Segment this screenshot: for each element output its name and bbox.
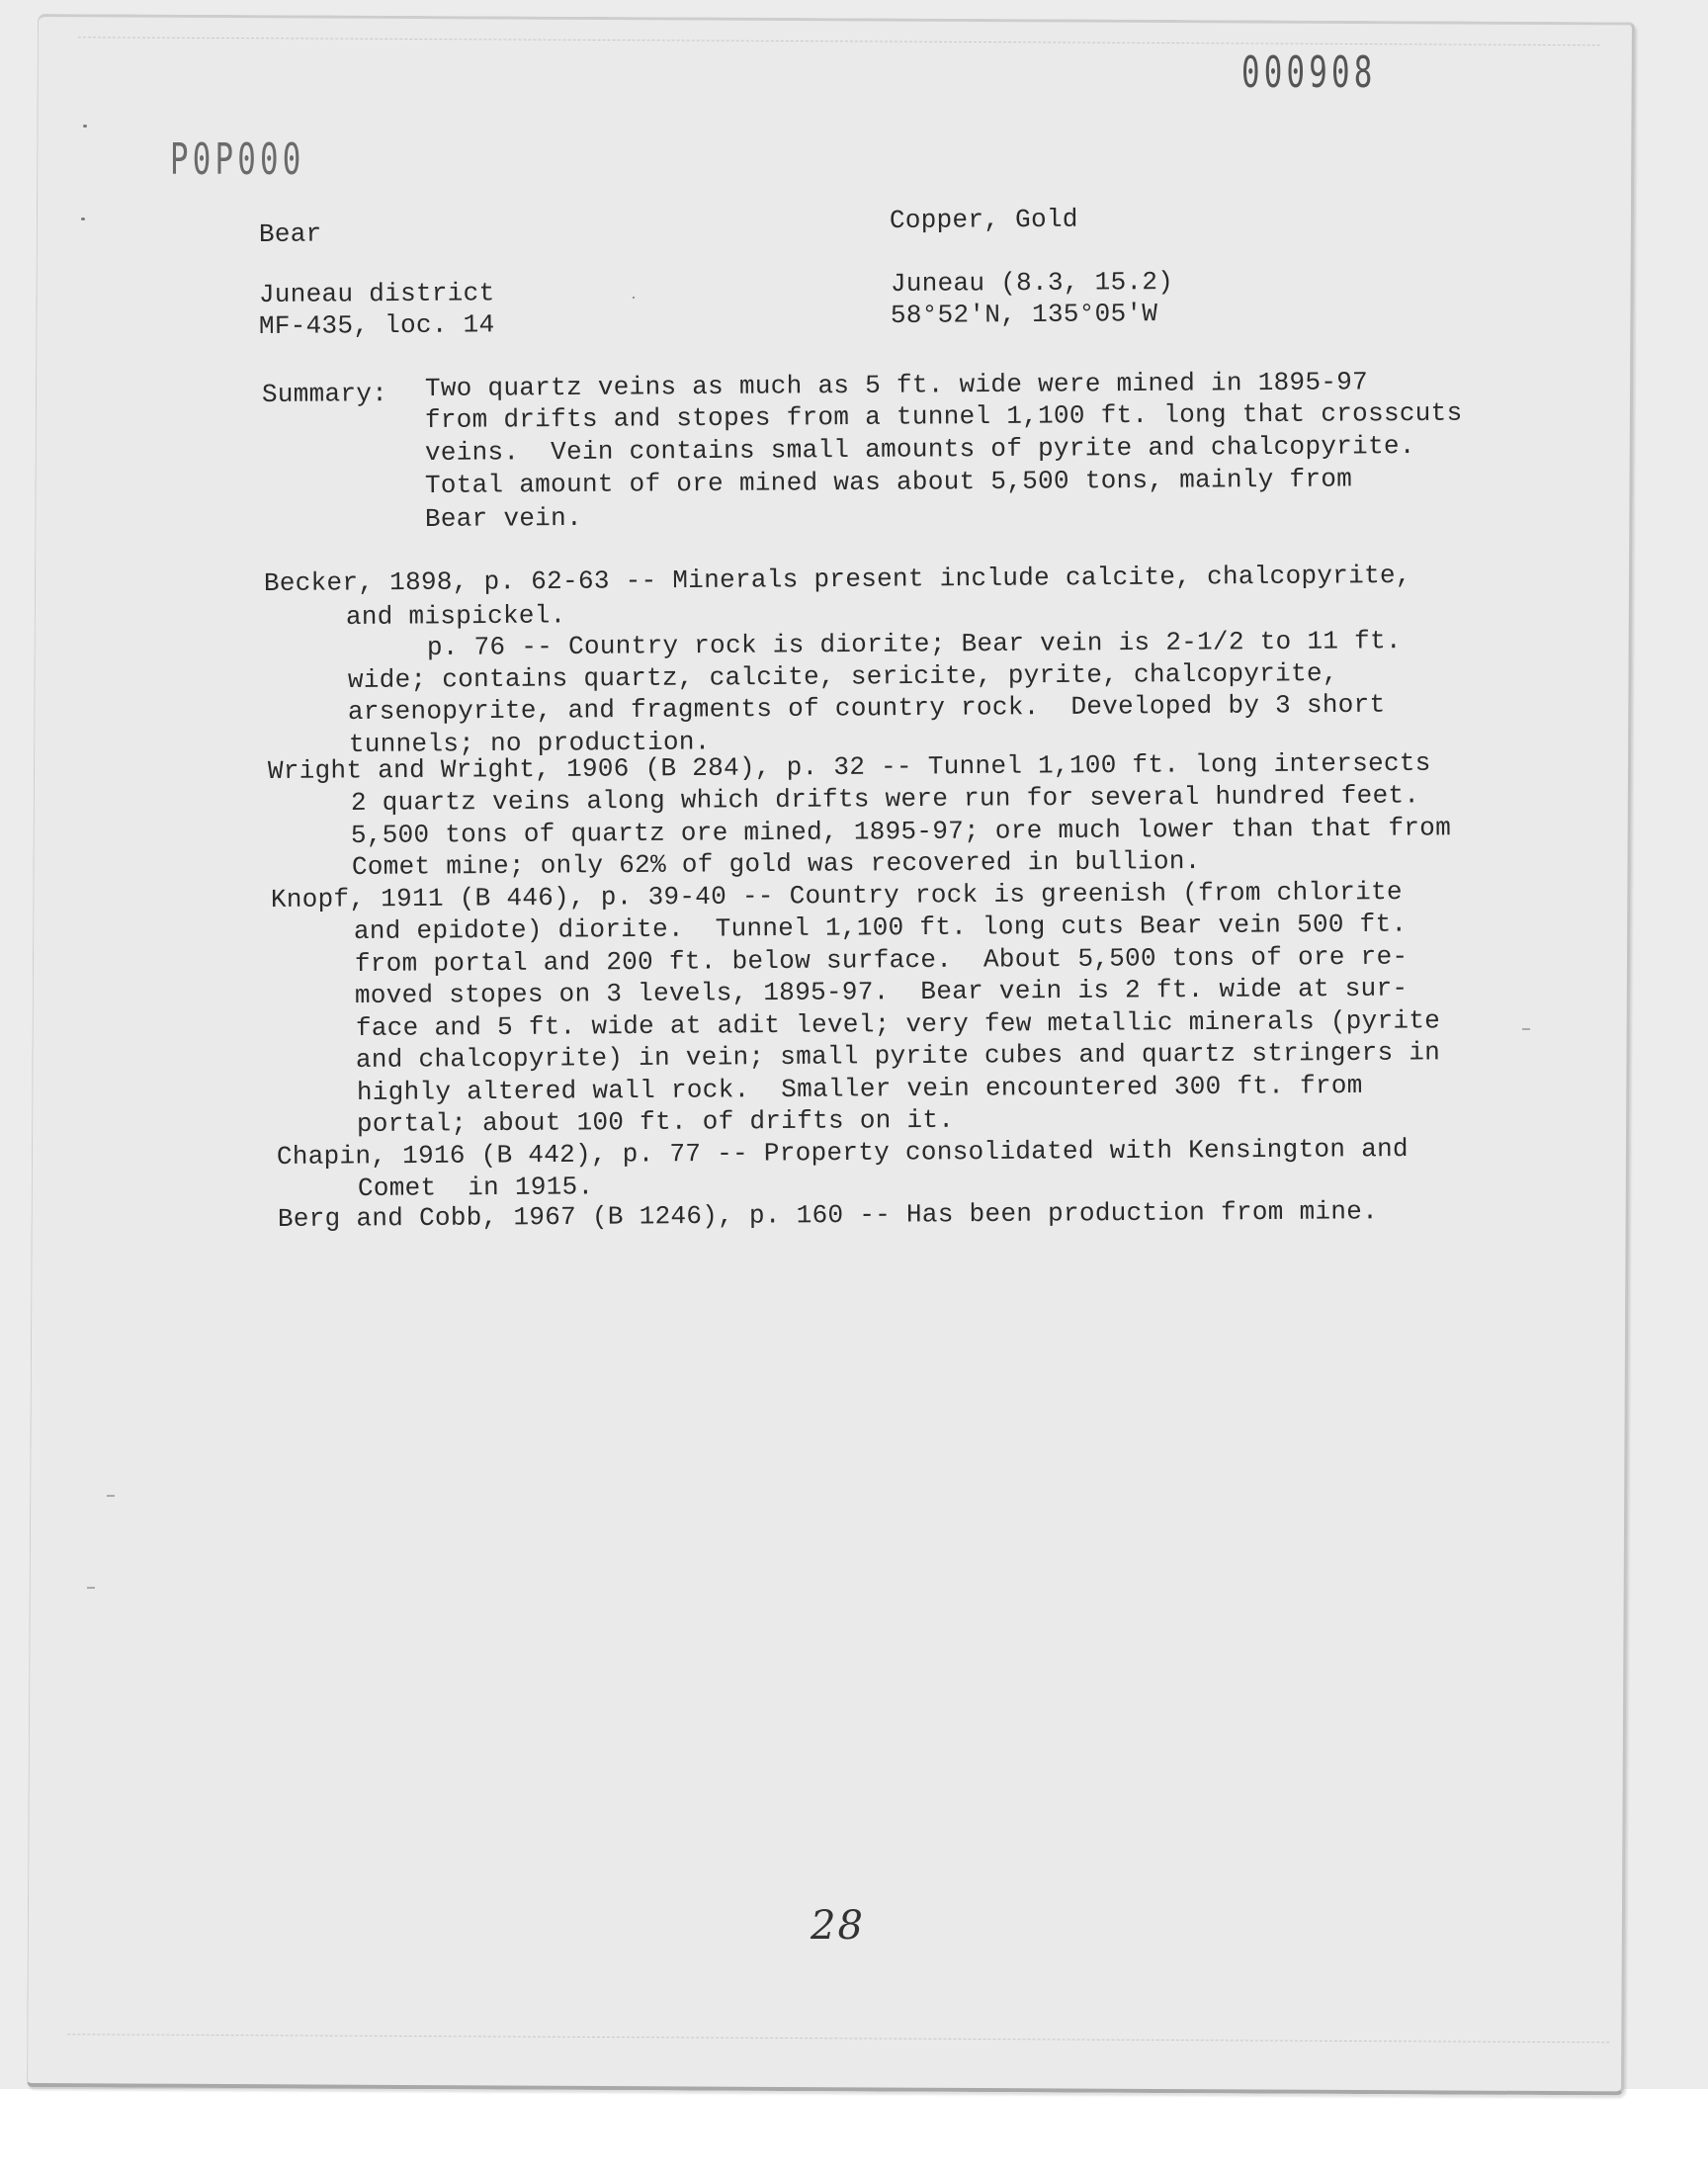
coordinates: 58°52'N, 135°05'W <box>891 299 1158 330</box>
scan-speck <box>83 125 87 128</box>
page-bottom-rule <box>67 2034 1609 2043</box>
page-number: 28 <box>811 1903 865 1949</box>
district: Juneau district <box>259 278 495 309</box>
mirrored-id-stamp: P0P000 <box>170 134 304 185</box>
reference-line: and mispickel. <box>346 600 566 632</box>
document-id-stamp: 000908 <box>1241 47 1376 98</box>
commodities: Copper, Gold <box>890 205 1078 235</box>
page-top-rule <box>78 37 1600 45</box>
scan-mark <box>87 1587 95 1589</box>
summary-line: Bear vein. <box>425 503 582 534</box>
reference-line: portal; about 100 ft. of drifts on it. <box>357 1105 954 1139</box>
reference-line: Comet in 1915. <box>358 1172 594 1203</box>
scan-mark <box>1522 1028 1530 1030</box>
scan-speck <box>633 297 635 299</box>
quadrangle: Juneau (8.3, 15.2) <box>891 267 1173 299</box>
summary-label: Summary: <box>262 379 387 409</box>
map-reference: MF-435, loc. 14 <box>259 309 495 341</box>
scan-speck <box>81 217 85 220</box>
mine-name: Bear <box>259 219 322 249</box>
reference-line: Comet mine; only 62% of gold was recover… <box>352 846 1201 882</box>
scan-mark <box>107 1495 115 1497</box>
